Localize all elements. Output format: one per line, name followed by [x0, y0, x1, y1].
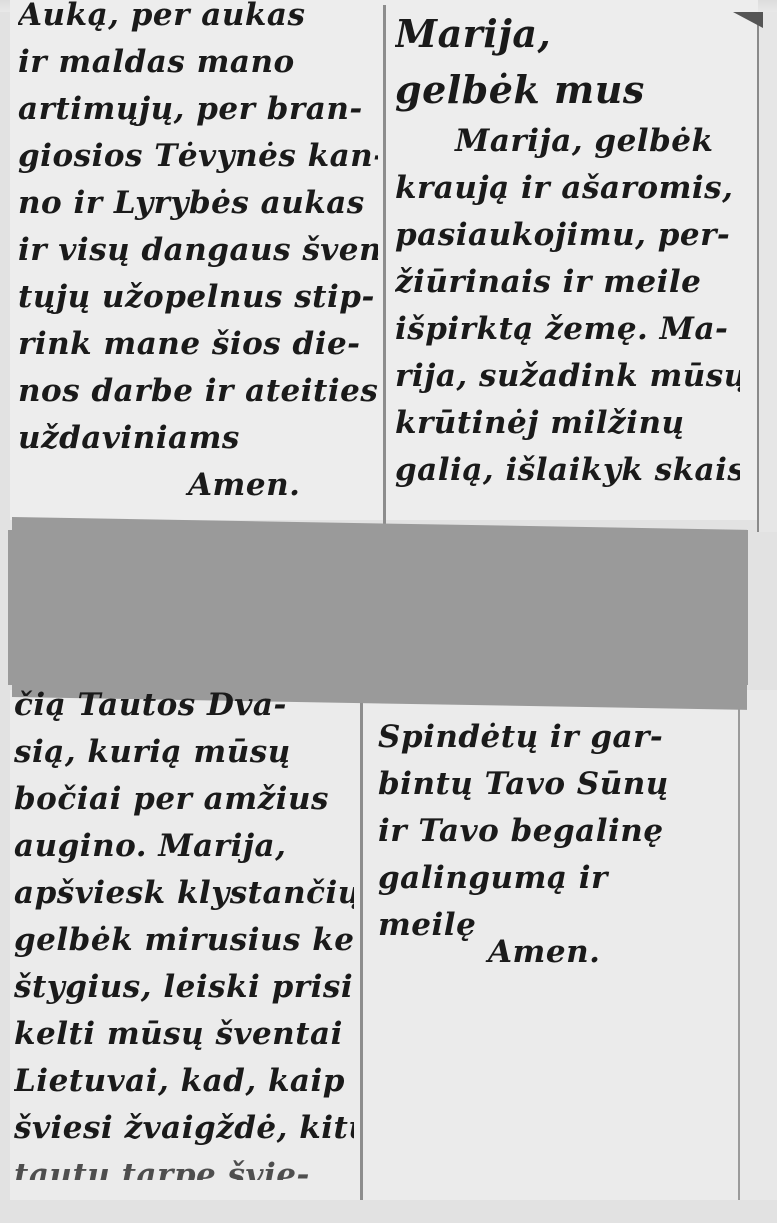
- text-line: galingumą ir: [378, 855, 728, 902]
- text-line: bintų Tavo Sūnų: [378, 761, 728, 808]
- text-line: čią Tautos Dva-: [14, 682, 354, 729]
- text-line: tųjų užopelnus stip-: [18, 274, 378, 321]
- prayer-title-line-2: gelbėk mus: [395, 62, 740, 118]
- text-line: kraują ir ašaromis,: [395, 165, 740, 212]
- text-line: išpirktą žemę. Ma-: [395, 306, 740, 353]
- text-line: artimųjų, per bran-: [18, 86, 378, 133]
- text-line: Spindėtų ir gar-: [378, 714, 728, 761]
- text-line: ir Tavo begalinę: [378, 808, 728, 855]
- column-top-right: Marija, gelbėk mus Marija, gelbėk kraują…: [395, 6, 740, 494]
- text-line: ir maldas mano: [18, 39, 378, 86]
- closing-amen: Amen.: [18, 462, 378, 509]
- text-line-cut-off: tautų tarpe švie-: [14, 1152, 354, 1180]
- text-line: krūtinėj milžinų: [395, 400, 740, 447]
- text-line: Lietuvai, kad, kaip: [14, 1058, 354, 1105]
- text-line: uždaviniams: [18, 415, 378, 462]
- text-line: no ir Lyrybės aukas: [18, 180, 378, 227]
- column-divider-lower: [360, 690, 363, 1200]
- text-line: Auką, per aukas: [18, 0, 378, 39]
- text-line: rija, sužadink mūsų: [395, 353, 740, 400]
- text-line: štygius, leiski prisi-: [14, 964, 354, 1011]
- prayer-title-line-1: Marija,: [395, 6, 740, 62]
- text-line: gelbėk mirusius ker-: [14, 917, 354, 964]
- text-line: žiūrinais ir meile: [395, 259, 740, 306]
- text-line: galią, išlaikyk skais-: [395, 447, 740, 494]
- scanned-page: Auką, per aukas ir maldas mano artimųjų,…: [0, 0, 777, 1223]
- text-line: pasiaukojimu, per-: [395, 212, 740, 259]
- column-bottom-right: Spindėtų ir gar- bintų Tavo Sūnų ir Tavo…: [378, 714, 728, 976]
- text-line: nos darbe ir ateities: [18, 368, 378, 415]
- column-divider-upper: [383, 5, 386, 525]
- redaction-band-fill: [8, 530, 748, 685]
- text-line: augino. Marija,: [14, 823, 354, 870]
- text-line: kelti mūsų šventai: [14, 1011, 354, 1058]
- text-line: rink mane šios die-: [18, 321, 378, 368]
- page-edge-upper: [757, 12, 777, 532]
- text-line: apšviesk klystančių,: [14, 870, 354, 917]
- page-edge-lower: [738, 690, 777, 1200]
- text-line: Marija, gelbėk: [395, 118, 740, 165]
- text-line: giosios Tėvynės kan-: [18, 133, 378, 180]
- text-line: šviesi žvaigždė, kitų: [14, 1105, 354, 1152]
- column-top-left: Auką, per aukas ir maldas mano artimųjų,…: [18, 0, 378, 509]
- text-line: bočiai per amžius: [14, 776, 354, 823]
- column-bottom-left: čią Tautos Dva- sią, kurią mūsų bočiai p…: [14, 682, 354, 1180]
- text-line: sią, kurią mūsų: [14, 729, 354, 776]
- text-line: ir visų dangaus šven-: [18, 227, 378, 274]
